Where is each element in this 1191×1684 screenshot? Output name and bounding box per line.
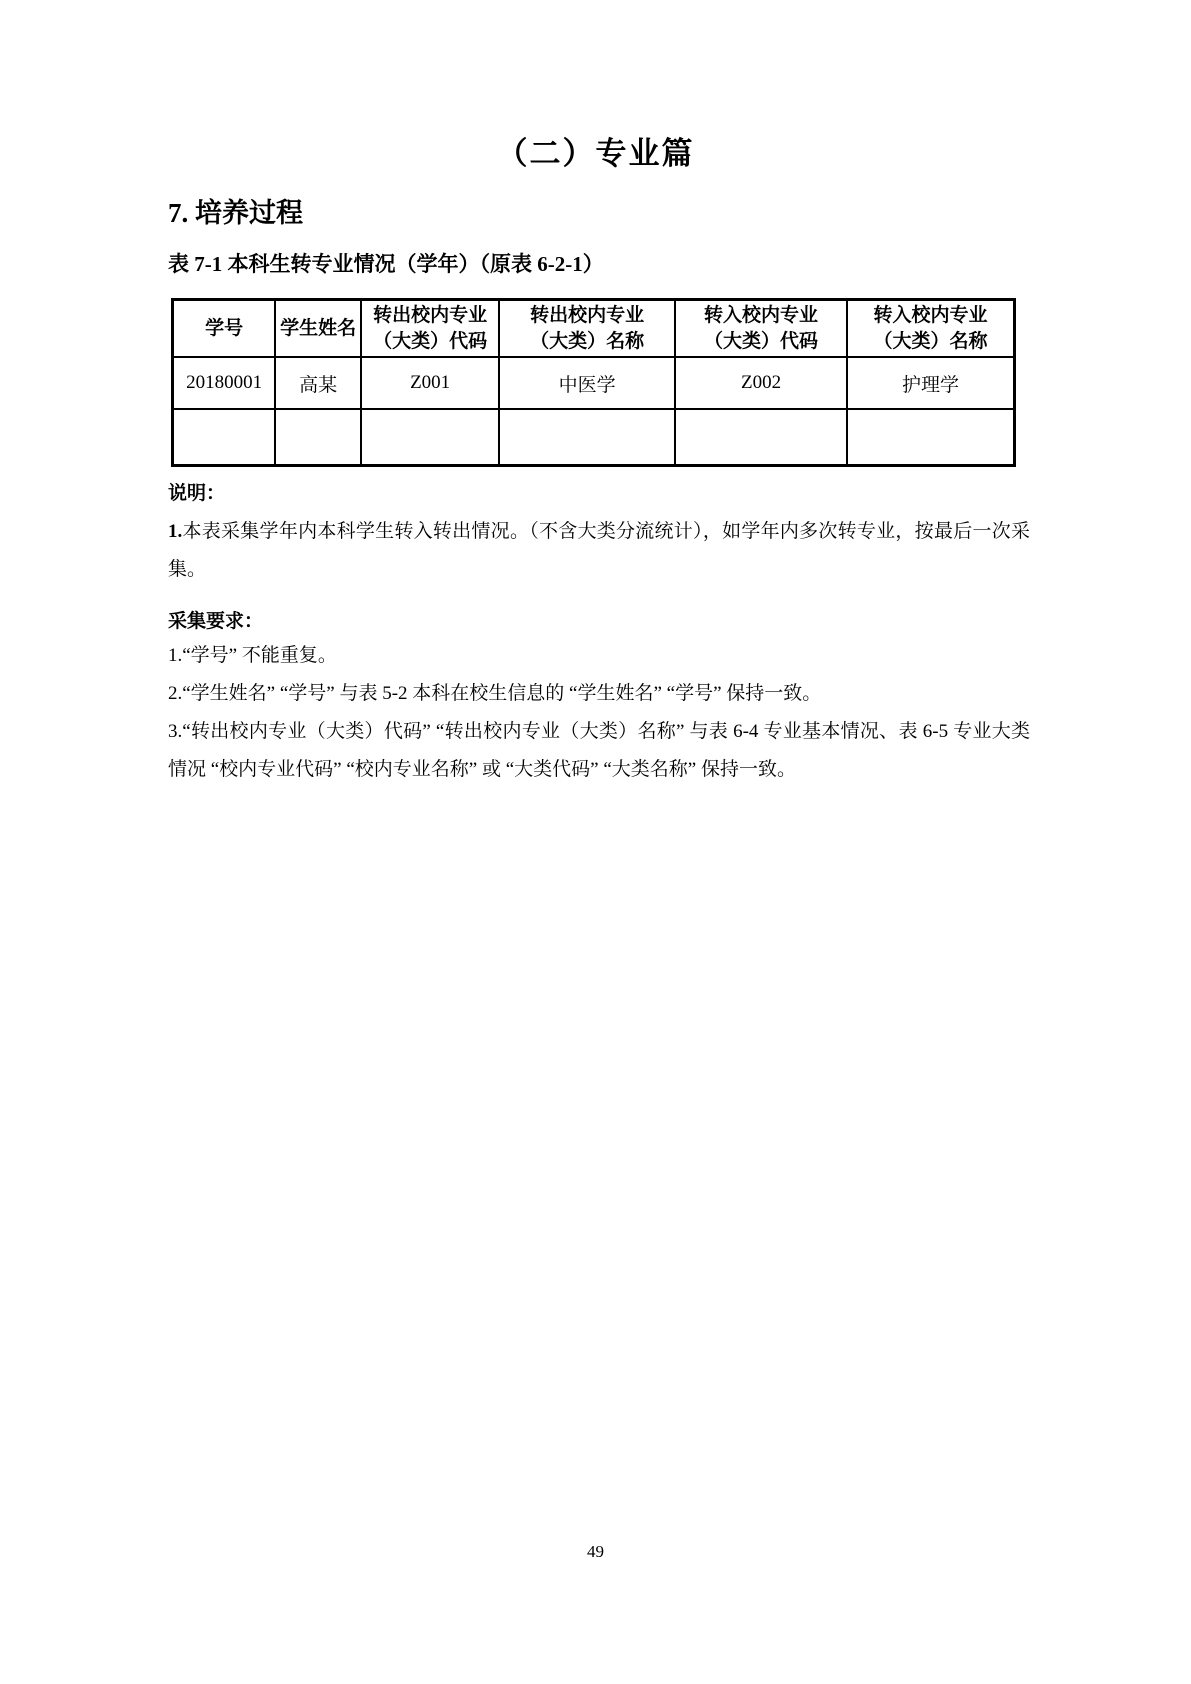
header-row: 学号 学生姓名 转出校内专业 （大类）代码 转出校内专业 （大类）名称 转入校内… <box>173 300 1015 358</box>
notes-item-1-text: 本表采集学年内本科学生转入转出情况。（不含大类分流统计），如学年内多次转专业，按… <box>168 521 1030 580</box>
requirement-item-2-text: “学生姓名” “学号” 与表 5-2 本科在校生信息的 “学生姓名” “学号” … <box>182 683 821 704</box>
cell-student-id: 20180001 <box>173 357 276 409</box>
requirement-item-1: 1.“学号” 不能重复。 <box>168 637 1030 675</box>
table-caption: 表 7-1 本科生转专业情况（学年）（原表 6-2-1） <box>168 250 1191 278</box>
page-title: （二）专业篇 <box>0 136 1191 172</box>
cell-in-major-code-empty <box>675 409 847 465</box>
cell-out-major-code: Z001 <box>361 357 499 409</box>
cell-in-major-name-empty <box>847 409 1015 465</box>
section-heading: 7. 培养过程 <box>168 196 1191 230</box>
cell-student-id-empty <box>173 409 276 465</box>
requirement-item-3: 3.“转出校内专业（大类）代码” “转出校内专业（大类）名称” 与表 6-4 专… <box>168 713 1030 789</box>
cell-out-major-name: 中医学 <box>499 357 675 409</box>
cell-student-name-empty <box>275 409 361 465</box>
col-header-student-id: 学号 <box>173 300 276 358</box>
requirement-item-2: 2.“学生姓名” “学号” 与表 5-2 本科在校生信息的 “学生姓名” “学号… <box>168 675 1030 713</box>
page-number: 49 <box>0 1541 1191 1563</box>
table-row-empty <box>173 409 1015 465</box>
cell-in-major-code: Z002 <box>675 357 847 409</box>
col-header-in-major-code: 转入校内专业 （大类）代码 <box>675 300 847 358</box>
transfer-table-body: 20180001 高某 Z001 中医学 Z002 护理学 <box>173 357 1015 465</box>
requirement-item-2-number: 2. <box>168 683 182 704</box>
notes-section: 说明： 1.本表采集学年内本科学生转入转出情况。（不含大类分流统计），如学年内多… <box>168 479 1030 589</box>
cell-in-major-name: 护理学 <box>847 357 1015 409</box>
notes-item-1-number: 1. <box>168 521 182 542</box>
requirement-item-1-number: 1. <box>168 645 182 666</box>
col-header-out-major-name: 转出校内专业 （大类）名称 <box>499 300 675 358</box>
requirements-label: 采集要求： <box>168 607 1030 637</box>
requirements-section: 采集要求： 1.“学号” 不能重复。 2.“学生姓名” “学号” 与表 5-2 … <box>168 607 1030 789</box>
col-header-student-name: 学生姓名 <box>275 300 361 358</box>
cell-out-major-name-empty <box>499 409 675 465</box>
requirement-item-3-text: “转出校内专业（大类）代码” “转出校内专业（大类）名称” 与表 6-4 专业基… <box>168 721 1030 780</box>
transfer-table-header: 学号 学生姓名 转出校内专业 （大类）代码 转出校内专业 （大类）名称 转入校内… <box>173 300 1015 358</box>
requirement-item-3-number: 3. <box>168 721 182 742</box>
cell-out-major-code-empty <box>361 409 499 465</box>
requirement-item-1-text: “学号” 不能重复。 <box>182 645 337 666</box>
table-row: 20180001 高某 Z001 中医学 Z002 护理学 <box>173 357 1015 409</box>
transfer-table: 学号 学生姓名 转出校内专业 （大类）代码 转出校内专业 （大类）名称 转入校内… <box>171 298 1016 467</box>
document-page: （二）专业篇 7. 培养过程 表 7-1 本科生转专业情况（学年）（原表 6-2… <box>0 0 1191 1684</box>
notes-label: 说明： <box>168 479 1030 509</box>
notes-item-1: 1.本表采集学年内本科学生转入转出情况。（不含大类分流统计），如学年内多次转专业… <box>168 513 1030 589</box>
col-header-out-major-code: 转出校内专业 （大类）代码 <box>361 300 499 358</box>
cell-student-name: 高某 <box>275 357 361 409</box>
col-header-in-major-name: 转入校内专业 （大类）名称 <box>847 300 1015 358</box>
